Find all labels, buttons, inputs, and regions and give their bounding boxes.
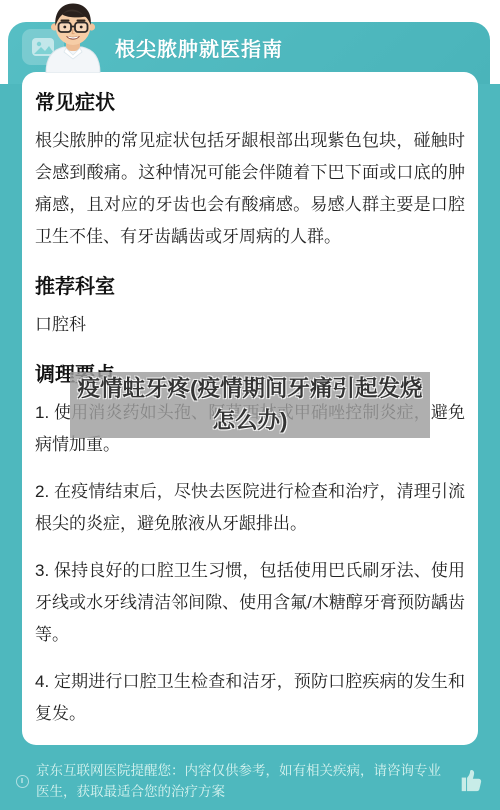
info-icon <box>16 775 29 788</box>
department-text: 口腔科 <box>35 309 465 341</box>
care-points-list: 1. 使用消炎药如头孢、阿莫西林或甲硝唑控制炎症，避免病情加重。 2. 在疫情结… <box>35 397 465 745</box>
doctor-avatar <box>36 2 110 73</box>
thumbs-up-icon <box>453 764 484 795</box>
section-heading-department: 推荐科室 <box>35 270 465 299</box>
page-title: 根尖脓肿就医指南 <box>115 33 283 62</box>
care-point-4: 4. 定期进行口腔卫生检查和洁牙，预防口腔疾病的发生和复发。 <box>35 666 465 730</box>
section-heading-symptoms: 常见症状 <box>35 86 465 115</box>
footer: 京东互联网医院提醒您：内容仅供参考，如有相关疾病，请咨询专业医生，获取最适合您的… <box>0 752 500 810</box>
care-point-3: 3. 保持良好的口腔卫生习惯，包括使用巴氏刷牙法、使用牙线或水牙线清洁邻间隙、使… <box>35 555 465 651</box>
health-guide-page: 根尖脓肿就医指南 常见症状 根尖脓肿的常见症状包括牙龈根部出现紫色包块，碰触时会… <box>0 0 500 810</box>
watermark-title-text: 疫情蛀牙疼(疫情期间牙痛引起发烧怎么办) <box>74 373 426 437</box>
disclaimer-text: 京东互联网医院提醒您：内容仅供参考，如有相关疾病，请咨询专业医生，获取最适合您的… <box>36 760 444 802</box>
symptoms-text: 根尖脓肿的常见症状包括牙龈根部出现紫色包块，碰触时会感到酸痛。这种情况可能会伴随… <box>35 125 465 253</box>
thumbs-up-button[interactable] <box>453 764 484 798</box>
care-point-2: 2. 在疫情结束后，尽快去医院进行检查和治疗，清理引流根尖的炎症，避免脓液从牙龈… <box>35 476 465 540</box>
watermark-title-overlay: 疫情蛀牙疼(疫情期间牙痛引起发烧怎么办) <box>70 372 430 438</box>
